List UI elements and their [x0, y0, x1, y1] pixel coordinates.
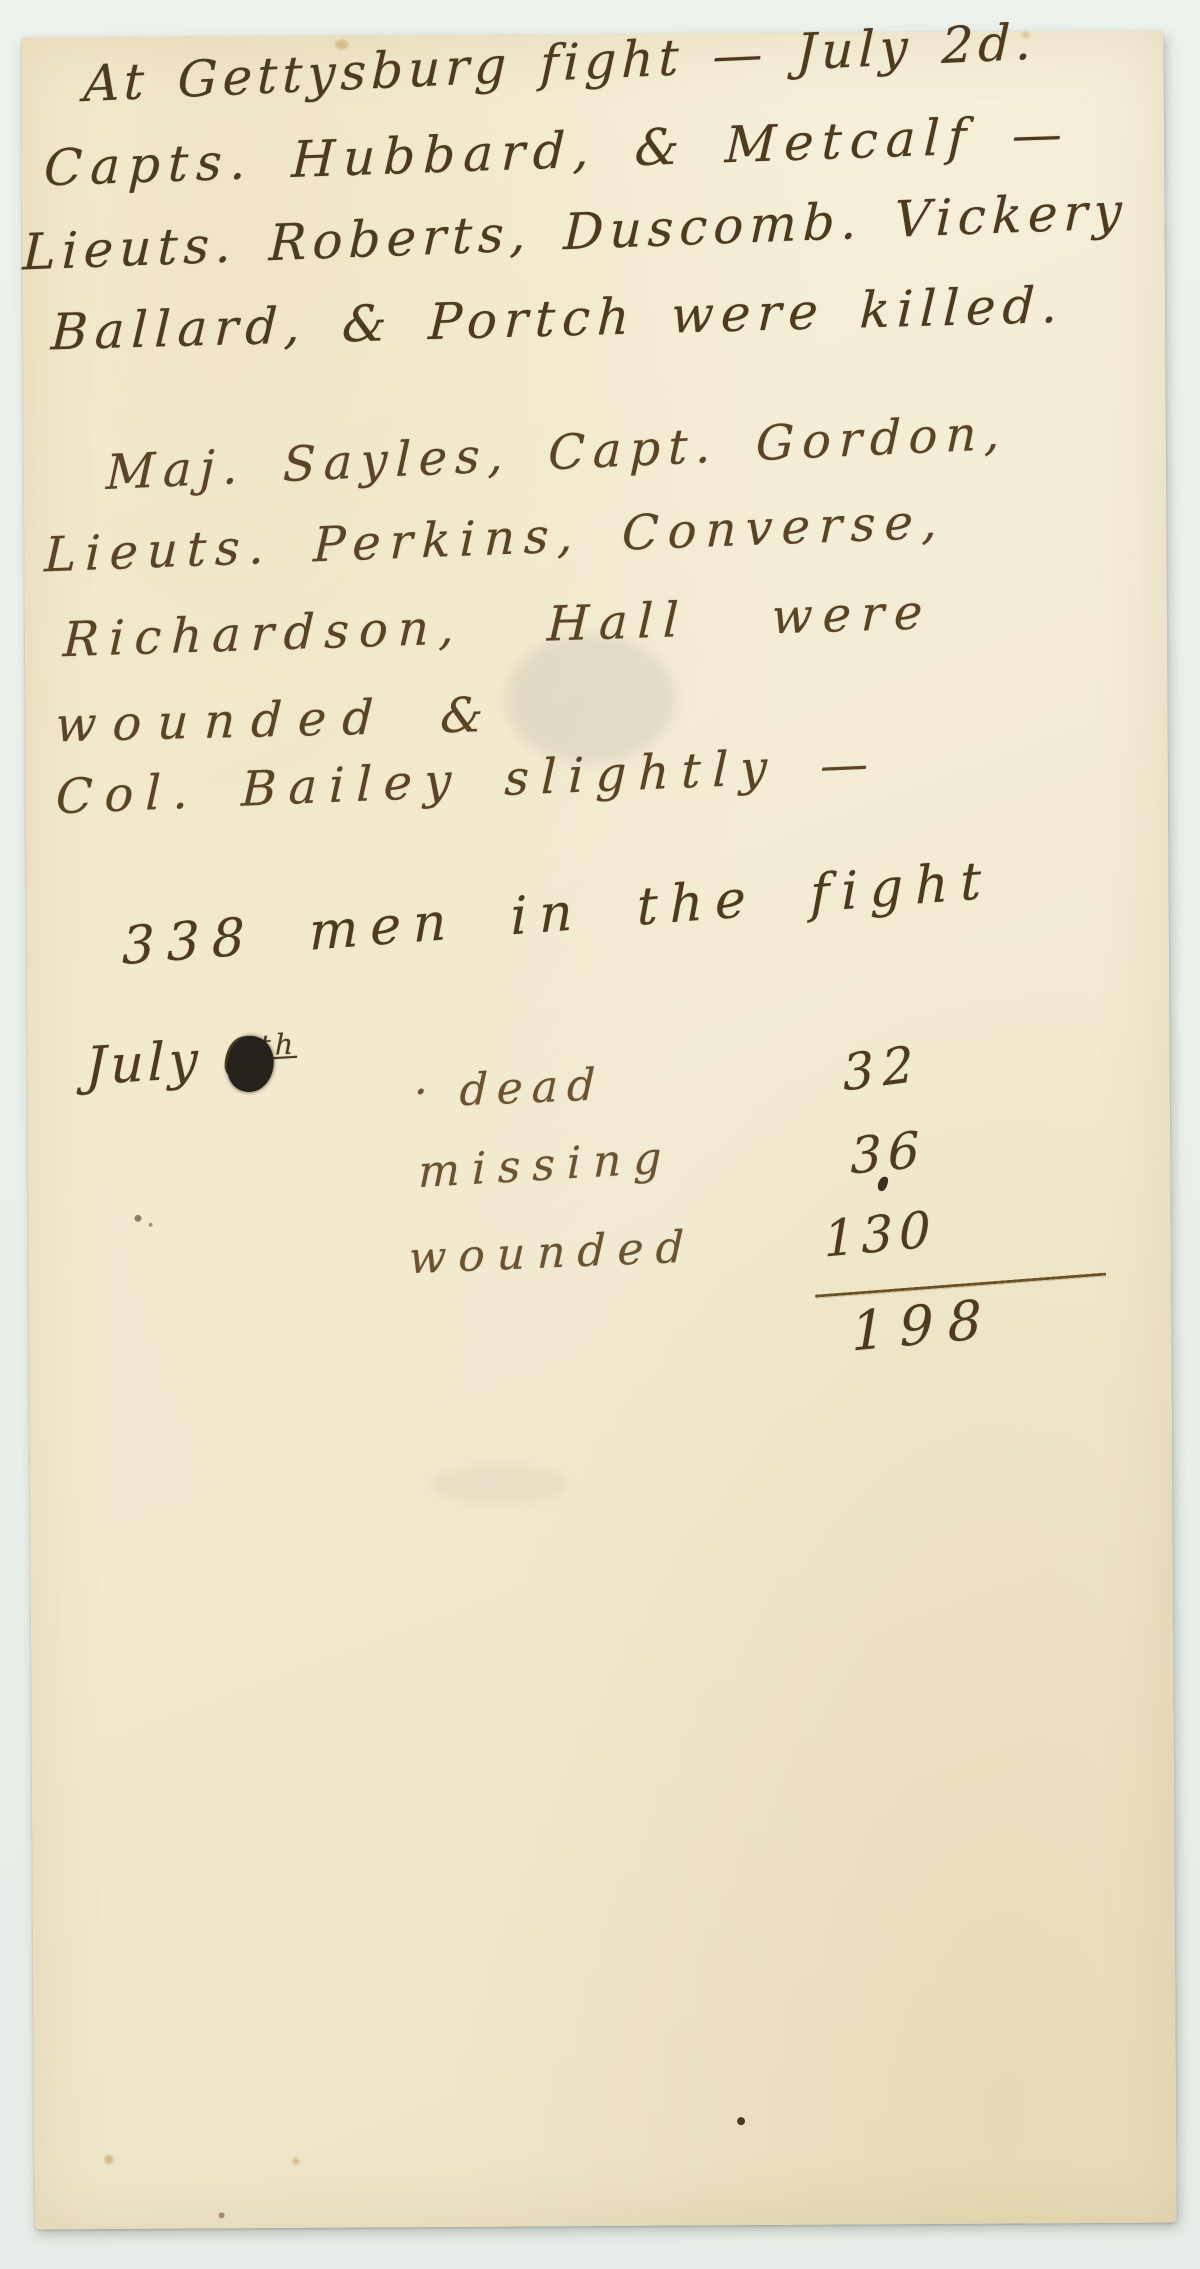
- line-wounded-word: wounded &: [54, 687, 500, 754]
- ink-mark-small-left-2: [149, 1223, 153, 1227]
- foxing-spot-bottom-2: [292, 2158, 299, 2165]
- tally-row-wounded-value: 130: [823, 1200, 937, 1269]
- tally-row-missing-value: 36: [849, 1120, 926, 1185]
- line-men-in-fight: 338 men in the fight: [122, 851, 994, 977]
- ink-mark-small-left: [135, 1215, 142, 1222]
- tally-total: 198: [850, 1287, 996, 1364]
- line-wounded-continued: Richardson, Hall were: [62, 584, 933, 668]
- line-lieutenants-killed: Lieuts. Roberts, Duscomb. Vickery: [22, 182, 1129, 282]
- ink-dot-bottom: [737, 2117, 745, 2125]
- tally-row-dead-value: 32: [841, 1034, 923, 1102]
- line-heading-date: At Gettysburg fight — July 2d.: [83, 13, 1037, 114]
- foxing-spot-bottom-3: [219, 2212, 225, 2218]
- manuscript-paper: At Gettysburg fight — July 2d. Capts. Hu…: [21, 31, 1176, 2230]
- line-lieutenants-wounded: Lieuts. Perkins, Converse,: [44, 493, 947, 583]
- line-captains-killed: Capts. Hubbard, & Metcalf —: [43, 104, 1071, 197]
- graphite-smudge: [505, 634, 676, 765]
- foxing-spot-top: [335, 40, 348, 50]
- tally-row-dead-label: · dead: [413, 1059, 605, 1118]
- faint-smudge-mid: [430, 1464, 570, 1505]
- line-killed-continued: Ballard, & Portch were killed.: [50, 276, 1066, 362]
- line-major-wounded: Maj. Sayles, Capt. Gordon,: [105, 405, 1008, 501]
- foxing-spot-right: [1021, 31, 1030, 38]
- foxing-spot-bottom-1: [104, 2155, 113, 2164]
- scan-background: At Gettysburg fight — July 2d. Capts. Hu…: [0, 0, 1200, 2269]
- tally-row-missing-label: missing: [418, 1132, 674, 1198]
- tally-row-wounded-label: wounded: [408, 1221, 696, 1284]
